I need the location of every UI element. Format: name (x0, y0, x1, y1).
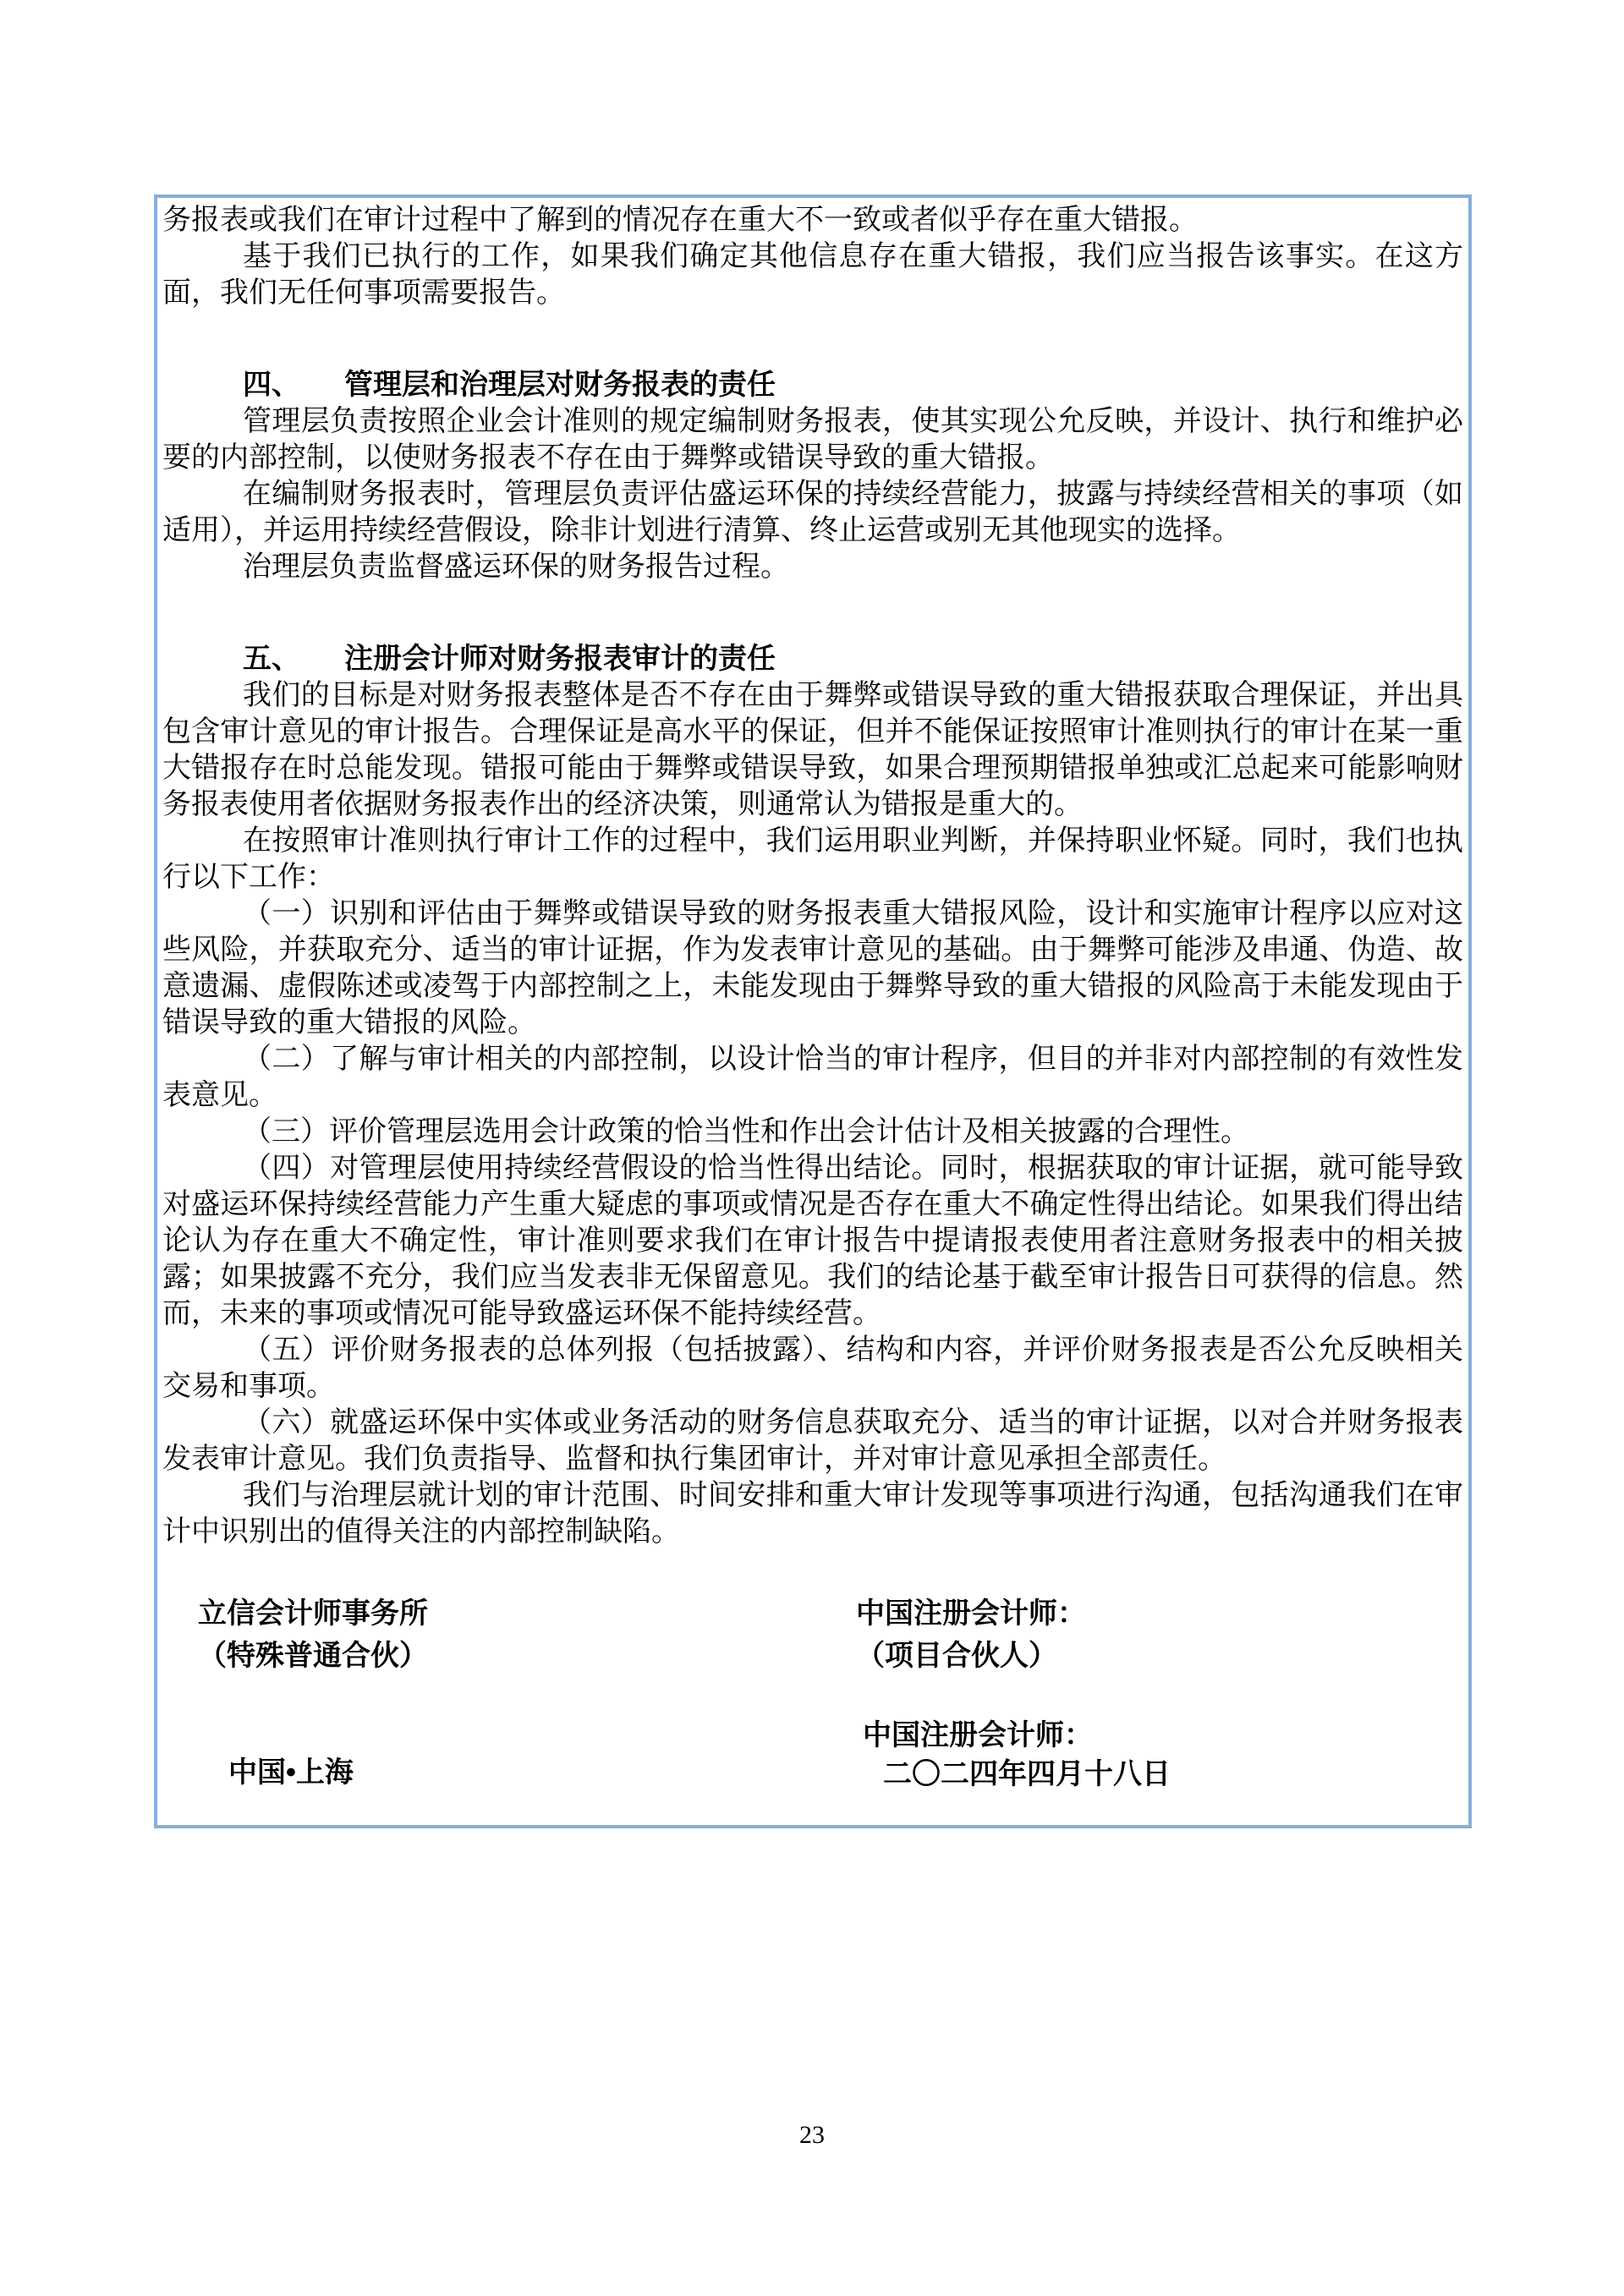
section-5-list-item-6: （六）就盛运环保中实体或业务活动的财务信息获取充分、适当的审计证据，以对合并财务… (162, 1405, 1463, 1477)
signature-firm-type: （特殊普通合伙） (198, 1637, 428, 1674)
section-5-title: 注册会计师对财务报表审计的责任 (344, 643, 776, 675)
section-4-paragraph: 治理层负责监督盛运环保的财务报告过程。 (162, 549, 1463, 585)
signature-cpa-role: （项目合伙人） (856, 1637, 1057, 1674)
section-4-paragraph: 在编制财务报表时，管理层负责评估盛运环保的持续经营能力，披露与持续经营相关的事项… (162, 476, 1463, 549)
section-5-list-item-5: （五）评价财务报表的总体列报（包括披露）、结构和内容，并评价财务报表是否公允反映… (162, 1332, 1463, 1405)
section-4-paragraph: 管理层负责按照企业会计准则的规定编制财务报表，使其实现公允反映，并设计、执行和维… (162, 403, 1463, 476)
section-5-heading: 五、注册会计师对财务报表审计的责任 (162, 641, 1463, 677)
section-5-closing-paragraph: 我们与治理层就计划的审计范围、时间安排和重大审计发现等事项进行沟通，包括沟通我们… (162, 1477, 1463, 1550)
document-border-box: 务报表或我们在审计过程中了解到的情况存在重大不一致或者似乎存在重大错报。 基于我… (154, 195, 1472, 1828)
section-4-title: 管理层和治理层对财务报表的责任 (344, 369, 776, 401)
section-4-heading: 四、管理层和治理层对财务报表的责任 (162, 367, 1463, 403)
section-5-list-item-1: （一）识别和评估由于舞弊或错误导致的财务报表重大错报风险，设计和实施审计程序以应… (162, 896, 1463, 1041)
page-number: 23 (0, 2121, 1624, 2150)
signature-firm-name: 立信会计师事务所 (198, 1595, 428, 1632)
document-body: 务报表或我们在审计过程中了解到的情况存在重大不一致或者似乎存在重大错报。 基于我… (162, 202, 1463, 1550)
intro-continuation-paragraph: 务报表或我们在审计过程中了解到的情况存在重大不一致或者似乎存在重大错报。 (162, 202, 1463, 238)
section-5-paragraph: 我们的目标是对财务报表整体是否不存在由于舞弊或错误导致的重大错报获取合理保证，并… (162, 677, 1463, 823)
section-5-number: 五、 (243, 643, 300, 675)
signature-cpa-label-second: 中国注册会计师： (863, 1717, 1093, 1754)
signature-date: 二〇二四年四月十八日 (883, 1756, 1171, 1793)
section-5-list-item-2: （二）了解与审计相关的内部控制，以设计恰当的审计程序，但目的并非对内部控制的有效… (162, 1041, 1463, 1114)
section-5-list-item-4: （四）对管理层使用持续经营假设的恰当性得出结论。同时，根据获取的审计证据，就可能… (162, 1150, 1463, 1332)
audit-report-page: { "colors": { "box_border": "#86AFD7", "… (0, 0, 1624, 2296)
section-5-list-item-3: （三）评价管理层选用会计政策的恰当性和作出会计估计及相关披露的合理性。 (162, 1114, 1463, 1150)
signature-location: 中国•上海 (228, 1754, 354, 1791)
intro-paragraph: 基于我们已执行的工作，如果我们确定其他信息存在重大错报，我们应当报告该事实。在这… (162, 238, 1463, 311)
section-4-number: 四、 (243, 369, 300, 401)
section-5-paragraph: 在按照审计准则执行审计工作的过程中，我们运用职业判断，并保持职业怀疑。同时，我们… (162, 823, 1463, 896)
signature-cpa-label-first: 中国注册会计师： (856, 1595, 1086, 1632)
